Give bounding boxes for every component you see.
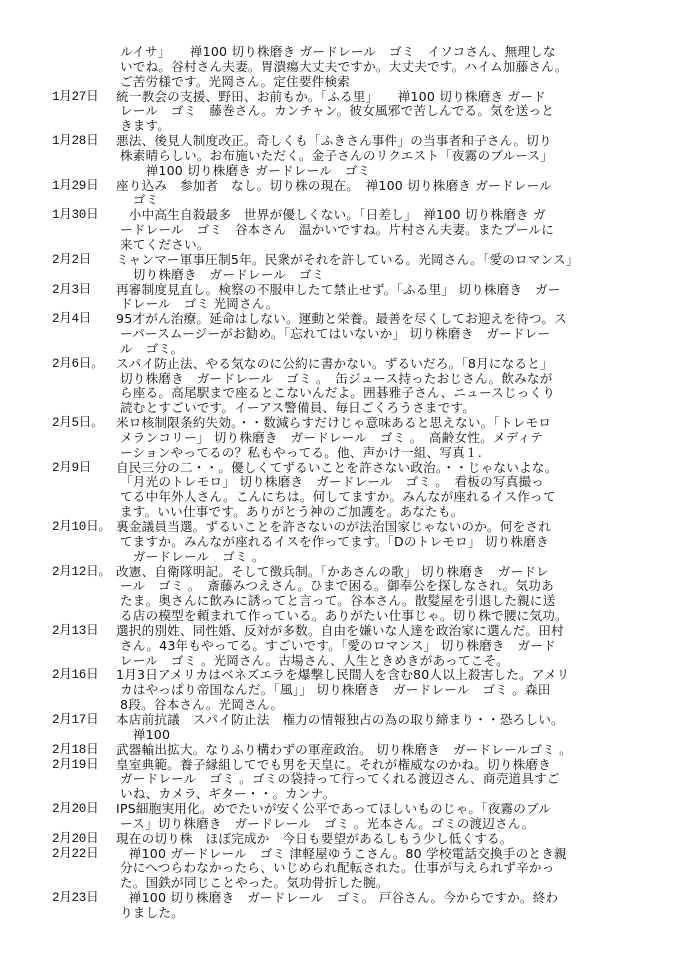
entry-date: 2月23日: [52, 891, 98, 906]
entry-date: 2月16日: [52, 668, 98, 683]
entry-text: 統一教会の支援、野田、お前もか。「ふる里」 禅100 切り株磨き ガード: [116, 90, 546, 105]
entry-date: 2月3日: [52, 283, 91, 298]
entry-text: ース」切り株磨き ガードレール ゴミ 。光本さん。ゴミの渡辺さん。: [120, 817, 534, 832]
diary-continuation-line: てる中年外人さん。こんにちは。何してますか。みんなが座れるイス作って: [0, 490, 688, 505]
entry-text: 禅100 切り株磨き ガードレール ゴミ。 戸谷さん。今からですか。終わ: [116, 891, 558, 906]
entry-text: レール ゴミ 藤巻さん。カンチャン。彼女風邪で苦しんでる。気を送っと: [120, 104, 554, 119]
entry-text: 読むとすごいです。イーアス警備員、毎日ごくろうさまです。: [120, 401, 475, 416]
diary-entry-line: 1月27日統一教会の支援、野田、お前もか。「ふる里」 禅100 切り株磨き ガー…: [0, 90, 688, 105]
entry-text: ゴミ: [120, 193, 158, 208]
diary-entry-line: 2月20日現在の切り株 ほぼ完成か 今日も要望があるしもう少し低くする。: [0, 832, 688, 847]
diary-continuation-line: 禅100: [0, 728, 688, 743]
entry-date: 2月5日。: [52, 416, 103, 431]
diary-entry-line: 2月12日。改憲、自衛隊明記。そして徴兵制。「かあさんの歌」 切り株磨き ガード…: [0, 565, 688, 580]
diary-continuation-line: ドレール ゴミ 光岡さん。: [0, 297, 688, 312]
entry-text: IPS細胞実用化。めでたいが安く公平であってほしいものじゃ。「夜霧のブル: [116, 802, 551, 817]
entry-text: 自民三分の二・・。優しくてずるいことを許さない政治。・・じゃないよな。: [116, 461, 557, 476]
diary-continuation-line: きます。: [0, 119, 688, 134]
entry-text: ードレール ゴミ 谷本さん 温かいですね。片村さん夫妻。またプールに: [120, 223, 554, 238]
diary-continuation-line: 分にへつらわなかったら、いじめられ配転された。仕事が与えられず辛かっ: [0, 861, 688, 876]
entry-text: ガードレール ゴミ 。ゴミの袋持って行ってくれる渡辺さん、商売道具すご: [120, 772, 560, 787]
diary-continuation-line: さん。43年もやってる。すごいです。「愛のロマンス」 切り株磨き ガード: [0, 639, 688, 654]
entry-text: ミャンマー軍事圧制5年。民衆がそれを許している。光岡さん。「愛のロマンス」: [116, 253, 579, 268]
entry-text: ルイサ」 禅100 切り株磨き ガードレール ゴミ イソコさん、無理しな: [120, 45, 556, 60]
entry-text: てる中年外人さん。こんにちは。何してますか。みんなが座れるイス作って: [120, 490, 556, 505]
diary-continuation-line: ご苦労様です。光岡さん。定住要件検索: [0, 75, 688, 90]
diary-continuation-line: ガードレール ゴミ 。: [0, 550, 688, 565]
entry-date: 2月4日: [52, 312, 91, 327]
entry-text: 本店前抗議 スパイ防止法 権力の情報独占の為の取り締まり・・恐ろしい。: [116, 713, 564, 728]
diary-entry-line: 2月9日自民三分の二・・。優しくてずるいことを許さない政治。・・じゃないよな。: [0, 461, 688, 476]
entry-text: ドレール ゴミ 光岡さん。: [120, 297, 278, 312]
entry-text: た。国鉄が同じことやった。気功骨折した腕。: [120, 876, 389, 891]
entry-date: 1月30日: [52, 208, 98, 223]
entry-text: いね、カメラ、ギター・・。カンナ。: [120, 787, 335, 802]
diary-continuation-line: ます。いい仕事です。ありがとう神のご加護を。あなたも。: [0, 505, 688, 520]
entry-text: 分にへつらわなかったら、いじめられ配転された。仕事が与えられず辛かっ: [120, 861, 554, 876]
diary-entry-line: 2月3日再審制度見直し。検察の不服申したて禁止せず。「ふる里」 切り株磨き ガー: [0, 283, 688, 298]
entry-date: 2月13日: [52, 624, 98, 639]
diary-continuation-line: ードレール ゴミ 谷本さん 温かいですね。片村さん夫妻。またプールに: [0, 223, 688, 238]
diary-continuation-line: カはやっぱり帝国なんだ。「風」」 切り株磨き ガードレール ゴミ 。森田: [0, 683, 688, 698]
entry-text: 来てください。: [120, 238, 210, 253]
diary-entry-line: 2月10日。裏金議員当選。ずるいことを許さないのが法治国家じゃないのか。何をされ: [0, 520, 688, 535]
diary-continuation-line: 来てください。: [0, 238, 688, 253]
entry-text: いでね。谷村さん夫妻。胃潰瘍大丈夫ですか。大丈夫です。ハイム加藤さん。: [120, 60, 568, 75]
entry-text: 1月3日アメリカはベネズエラを爆撃し民間人を含む80人以上殺害した。アメリ: [116, 668, 569, 683]
entry-text: スパイ防止法、やる気なのに公約に書かない。ずるいだろ。「8月になると」: [116, 357, 553, 372]
entry-text: 小中高生自殺最多 世界が優しくない。「日差し」 禅100 切り株磨き ガ: [116, 208, 546, 223]
diary-continuation-line: 株素晴らしい。お布施いただく。金子さんのリクエスト「夜霧のブルース」: [0, 149, 688, 164]
diary-page: ルイサ」 禅100 切り株磨き ガードレール ゴミ イソコさん、無理しないでね。…: [0, 45, 688, 921]
entry-date: 2月19日: [52, 758, 98, 773]
entry-text: てますか。みんなが座れるイスを作ってます。「Dのトレモロ」 切り株磨き: [120, 535, 549, 550]
diary-entry-line: 2月23日 禅100 切り株磨き ガードレール ゴミ。 戸谷さん。今からですか。…: [0, 891, 688, 906]
entry-date: 2月6日。: [52, 357, 103, 372]
entry-text: 悪法、後見人制度改正。奇しくも「ふきさん事件」の当事者和子さん。切り: [116, 134, 552, 149]
entry-text: りました。: [120, 906, 184, 921]
entry-date: 2月20日: [52, 832, 98, 847]
entry-text: 禅100: [120, 728, 170, 743]
diary-continuation-line: ガードレール ゴミ 。ゴミの袋持って行ってくれる渡辺さん、商売道具すご: [0, 772, 688, 787]
diary-entry-line: 2月5日。米ロ核制限条約失効。・・数減らすだけじゃ意味あると思えない。「トレモロ: [0, 416, 688, 431]
diary-entry-line: 1月29日座り込み 参加者 なし。切り株の現在。 禅100 切り株磨き ガードレ…: [0, 179, 688, 194]
entry-text: 現在の切り株 ほぼ完成か 今日も要望があるしもう少し低くする。: [116, 832, 513, 847]
entry-text: きます。: [120, 119, 170, 134]
entry-text: 米ロ核制限条約失効。・・数減らすだけじゃ意味あると思えない。「トレモロ: [116, 416, 551, 431]
diary-continuation-line: 8段。谷本さん。光岡さん。: [0, 698, 688, 713]
entry-text: 改憲、自衛隊明記。そして徴兵制。「かあさんの歌」 切り株磨き ガードレ: [116, 565, 549, 580]
entry-text: ら座る。高尾駅まで座るとこないんだよ。囲碁雅子さん、ニュースじっくり: [120, 386, 555, 401]
entry-date: 1月29日: [52, 179, 98, 194]
entry-text: 禅100 ガードレール ゴミ 津軽屋ゆうこさん。80 学校電話交換手のとき親: [116, 847, 567, 862]
diary-continuation-line: 切り株磨き ガードレール ゴミ: [0, 268, 688, 283]
diary-continuation-line: 禅100 切り株磨き ガードレール ゴミ: [0, 164, 688, 179]
diary-continuation-line: レール ゴミ 。光岡さん。古場さん、人生ときめきがあってこそ。: [0, 654, 688, 669]
entry-text: 再審制度見直し。検察の不服申したて禁止せず。「ふる里」 切り株磨き ガー: [116, 283, 561, 298]
diary-continuation-line: たま。奥さんに飲みに誘ってと言って。谷本さん。散髪屋を引退した親に送: [0, 594, 688, 609]
diary-entry-line: 2月13日選択的別姓、同性婚、反対が多数。自由を嫌いな人達を政治家に選んだ。田村: [0, 624, 688, 639]
entry-text: 株素晴らしい。お布施いただく。金子さんのリクエスト「夜霧のブルース」: [120, 149, 553, 164]
diary-continuation-line: ら座る。高尾駅まで座るとこないんだよ。囲碁雅子さん、ニュースじっくり: [0, 386, 688, 401]
diary-continuation-line: りました。: [0, 906, 688, 921]
diary-continuation-line: 切り株磨き ガードレール ゴミ 。 缶ジュース持ったおじさん。飲みなが: [0, 372, 688, 387]
entry-text: ご苦労様です。光岡さん。定住要件検索: [120, 75, 350, 90]
diary-entry-line: 2月22日 禅100 ガードレール ゴミ 津軽屋ゆうこさん。80 学校電話交換手…: [0, 847, 688, 862]
diary-entry-line: 1月28日悪法、後見人制度改正。奇しくも「ふきさん事件」の当事者和子さん。切り: [0, 134, 688, 149]
diary-entry-line: 2月6日。スパイ防止法、やる気なのに公約に書かない。ずるいだろ。「8月になると」: [0, 357, 688, 372]
entry-date: 1月28日: [52, 134, 98, 149]
diary-entry-line: 2月17日本店前抗議 スパイ防止法 権力の情報独占の為の取り締まり・・恐ろしい。: [0, 713, 688, 728]
entry-date: 2月9日: [52, 461, 91, 476]
entry-date: 2月22日: [52, 847, 98, 862]
entry-date: 2月12日。: [52, 565, 111, 580]
entry-text: 禅100 切り株磨き ガードレール ゴミ: [120, 164, 370, 179]
entry-text: さん。43年もやってる。すごいです。「愛のロマンス」 切り株磨き ガード: [120, 639, 556, 654]
entry-text: ル ゴミ。: [120, 342, 183, 357]
diary-continuation-line: いでね。谷村さん夫妻。胃潰瘍大丈夫ですか。大丈夫です。ハイム加藤さん。: [0, 60, 688, 75]
diary-continuation-line: いね、カメラ、ギター・・。カンナ。: [0, 787, 688, 802]
entry-text: 95才がん治療。延命はしない。運動と栄養。最善を尽くしてお迎えを待つ。ス: [116, 312, 567, 327]
diary-continuation-line: レール ゴミ 藤巻さん。カンチャン。彼女風邪で苦しんでる。気を送っと: [0, 104, 688, 119]
entry-text: 座り込み 参加者 なし。切り株の現在。 禅100 切り株磨き ガードレール: [116, 179, 552, 194]
diary-continuation-line: ゴミ: [0, 193, 688, 208]
diary-continuation-line: 「月光のトレモロ」 切り株磨き ガードレール ゴミ 。 看板の写真撮っ: [0, 475, 688, 490]
diary-entry-line: 2月20日IPS細胞実用化。めでたいが安く公平であってほしいものじゃ。「夜霧のブ…: [0, 802, 688, 817]
entry-date: 1月27日: [52, 90, 98, 105]
diary-continuation-line: る店の模型を頼まれて作っている。ありがたい仕事じゃ。切り株で腰に気功。: [0, 609, 688, 624]
diary-continuation-line: てますか。みんなが座れるイスを作ってます。「Dのトレモロ」 切り株磨き: [0, 535, 688, 550]
entry-text: 8段。谷本さん。光岡さん。: [120, 698, 283, 713]
diary-continuation-line: ーションやってるの？私もやってる。他、声かけ一組、写真１.: [0, 446, 688, 461]
entry-text: ーパースムージーがお勧め。「忘れてはいないか」 切り株磨き ガードレー: [120, 327, 550, 342]
diary-continuation-line: 読むとすごいです。イーアス警備員、毎日ごくろうさまです。: [0, 401, 688, 416]
entry-text: ます。いい仕事です。ありがとう神のご加護を。あなたも。: [120, 505, 463, 520]
entry-text: ール ゴミ 。 斎藤みつえさん。ひまで困る。御奉公を探しなされ。気功あ: [120, 579, 554, 594]
diary-continuation-line: ル ゴミ。: [0, 342, 688, 357]
entry-date: 2月10日。: [52, 520, 111, 535]
entry-text: 武器輸出拡大。なりふり構わずの軍産政治。 切り株磨き ガードレールゴミ 。: [116, 743, 572, 758]
diary-entry-line: 2月18日武器輸出拡大。なりふり構わずの軍産政治。 切り株磨き ガードレールゴミ…: [0, 743, 688, 758]
entry-date: 2月2日: [52, 253, 91, 268]
diary-continuation-line: た。国鉄が同じことやった。気功骨折した腕。: [0, 876, 688, 891]
entry-text: る店の模型を頼まれて作っている。ありがたい仕事じゃ。切り株で腰に気功。: [120, 609, 568, 624]
entry-text: 「月光のトレモロ」 切り株磨き ガードレール ゴミ 。 看板の写真撮っ: [120, 475, 544, 490]
diary-entry-line: 2月4日95才がん治療。延命はしない。運動と栄養。最善を尽くしてお迎えを待つ。ス: [0, 312, 688, 327]
entry-text: レール ゴミ 。光岡さん。古場さん、人生ときめきがあってこそ。: [120, 654, 509, 669]
entry-text: 切り株磨き ガードレール ゴミ: [120, 268, 324, 283]
diary-entry-line: 2月16日1月3日アメリカはベネズエラを爆撃し民間人を含む80人以上殺害した。ア…: [0, 668, 688, 683]
entry-text: 選択的別姓、同性婚、反対が多数。自由を嫌いな人達を政治家に選んだ。田村: [116, 624, 564, 639]
entry-text: 皇室典範。養子縁組してでも男を天皇に。それが権威なのかね。切り株磨き: [116, 758, 551, 773]
entry-text: 裏金議員当選。ずるいことを許さないのが法治国家じゃないのか。何をされ: [116, 520, 551, 535]
entry-text: カはやっぱり帝国なんだ。「風」」 切り株磨き ガードレール ゴミ 。森田: [120, 683, 551, 698]
diary-entry-line: 1月30日 小中高生自殺最多 世界が優しくない。「日差し」 禅100 切り株磨き…: [0, 208, 688, 223]
diary-continuation-line: ース」切り株磨き ガードレール ゴミ 。光本さん。ゴミの渡辺さん。: [0, 817, 688, 832]
diary-entry-line: 2月2日ミャンマー軍事圧制5年。民衆がそれを許している。光岡さん。「愛のロマンス…: [0, 253, 688, 268]
entry-text: ガードレール ゴミ 。: [120, 550, 265, 565]
entry-date: 2月20日: [52, 802, 98, 817]
entry-text: 切り株磨き ガードレール ゴミ 。 缶ジュース持ったおじさん。飲みなが: [120, 372, 553, 387]
entry-text: たま。奥さんに飲みに誘ってと言って。谷本さん。散髪屋を引退した親に送: [120, 594, 556, 609]
entry-text: メランコリー」 切り株磨き ガードレール ゴミ 。 高齢女性。メディテ: [120, 431, 543, 446]
diary-continuation-line: メランコリー」 切り株磨き ガードレール ゴミ 。 高齢女性。メディテ: [0, 431, 688, 446]
diary-entry-line: 2月19日皇室典範。養子縁組してでも男を天皇に。それが権威なのかね。切り株磨き: [0, 758, 688, 773]
entry-date: 2月18日: [52, 743, 98, 758]
diary-continuation-line: ルイサ」 禅100 切り株磨き ガードレール ゴミ イソコさん、無理しな: [0, 45, 688, 60]
entry-date: 2月17日: [52, 713, 98, 728]
entry-text: ーションやってるの？私もやってる。他、声かけ一組、写真１.: [120, 446, 482, 461]
diary-continuation-line: ーパースムージーがお勧め。「忘れてはいないか」 切り株磨き ガードレー: [0, 327, 688, 342]
diary-continuation-line: ール ゴミ 。 斎藤みつえさん。ひまで困る。御奉公を探しなされ。気功あ: [0, 579, 688, 594]
